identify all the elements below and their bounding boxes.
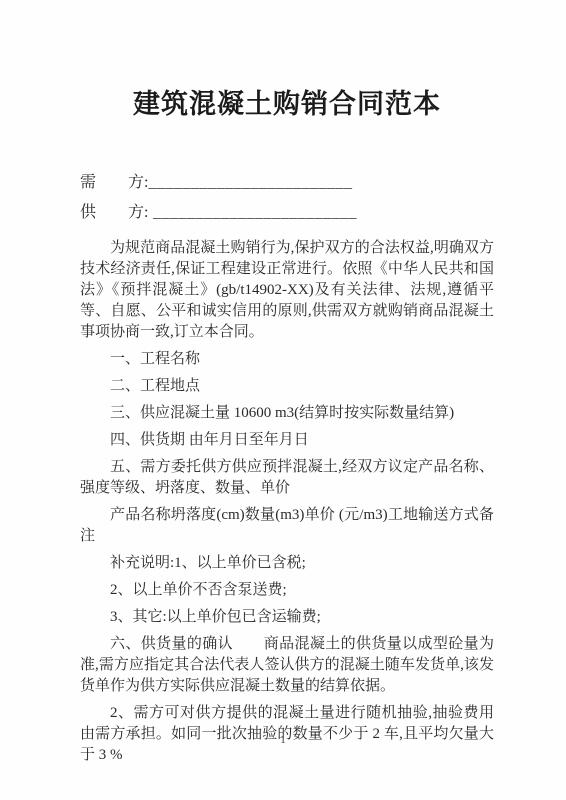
contract-document-page: 建筑混凝土购销合同范本 需 方:________________________… bbox=[0, 0, 566, 800]
clause-project-location: 二、工程地点 bbox=[80, 376, 494, 397]
document-content: 建筑混凝土购销合同范本 需 方:________________________… bbox=[0, 0, 566, 766]
product-table-header-line: 产品名称坍落度(cm)数量(m3)单价 (元/m3)工地输送方式备注 bbox=[80, 505, 494, 547]
supplementary-note-1: 补充说明:1、以上单价已含税; bbox=[80, 553, 494, 574]
supplementary-note-3: 3、其它:以上单价包已含运输费; bbox=[80, 607, 494, 628]
clause-supply-quantity: 三、供应混凝土量 10600 m3(结算时按实际数量结算) bbox=[80, 403, 494, 424]
party-line-demander: 需 方:________________________ bbox=[80, 168, 494, 198]
supplementary-note-2: 2、以上单价不否含泵送费; bbox=[80, 580, 494, 601]
party-line-supplier: 供 方: ________________________ bbox=[80, 198, 494, 228]
supplier-fill-in-blank: ________________________ bbox=[148, 204, 357, 221]
page-number: 1 bbox=[0, 732, 566, 747]
clause-supply-confirmation: 六、供货量的确认 商品混凝土的供货量以成型砼量为准,需方应指定其合法代表人签认供… bbox=[80, 634, 494, 697]
demander-fill-in-blank: ________________________ bbox=[148, 174, 352, 191]
preamble-paragraph: 为规范商品混凝土购销行为,保护双方的合法权益,明确双方技术经济责任,保证工程建设… bbox=[80, 238, 494, 343]
clause-product-agreement: 五、需方委托供方供应预拌混凝土,经双方议定产品名称、强度等级、坍落度、数量、单价 bbox=[80, 457, 494, 499]
supplier-label: 供 方: bbox=[80, 204, 148, 221]
clause-supply-period: 四、供货期 由年月日至年月日 bbox=[80, 430, 494, 451]
clause-project-name: 一、工程名称 bbox=[80, 349, 494, 370]
demander-label: 需 方: bbox=[80, 174, 148, 191]
document-title: 建筑混凝土购销合同范本 bbox=[80, 84, 494, 124]
